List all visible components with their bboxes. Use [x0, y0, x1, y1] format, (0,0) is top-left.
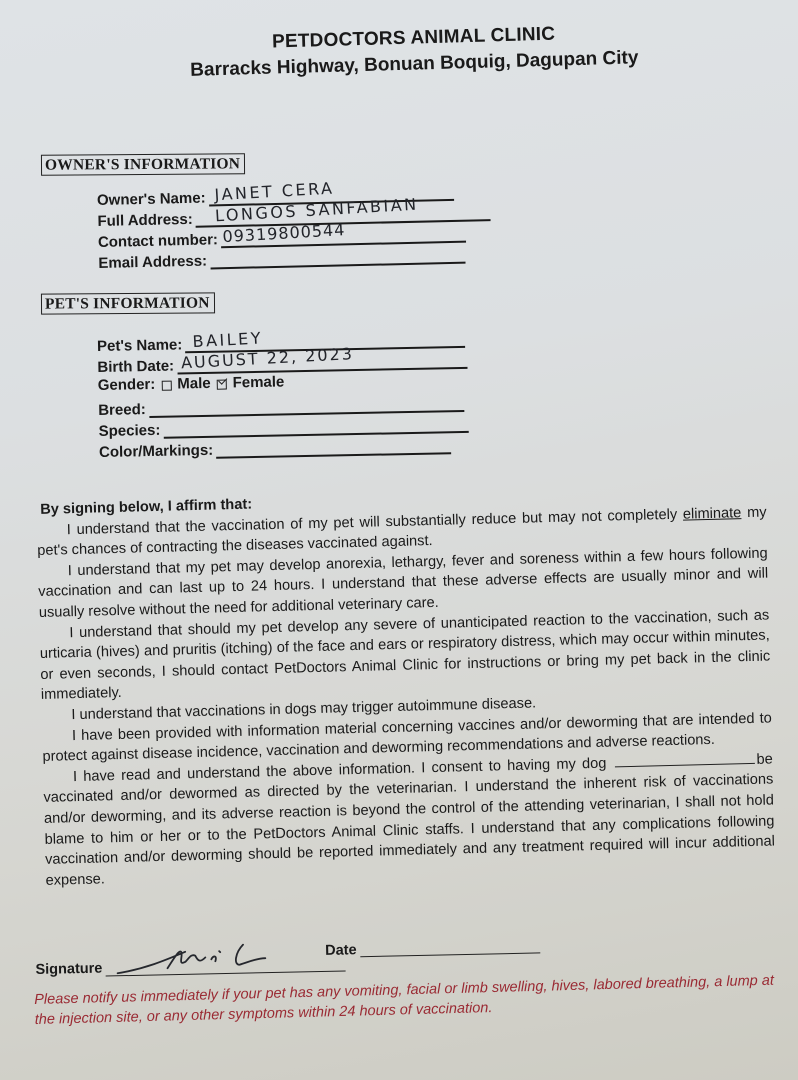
- female-checkbox[interactable]: [217, 379, 227, 389]
- field-label: Contact number:: [98, 231, 218, 251]
- field-label: Birth Date:: [97, 358, 174, 376]
- field-label: Owner's Name:: [97, 190, 206, 209]
- field-label: Breed:: [98, 401, 146, 419]
- male-option-label: Male: [177, 375, 211, 393]
- field-line[interactable]: AUGUST 22, 2023: [177, 349, 467, 375]
- signature-label: Signature: [35, 961, 102, 978]
- date-line[interactable]: [360, 952, 540, 957]
- signature-area: Signature Date: [35, 934, 556, 985]
- female-option-label: Female: [232, 373, 284, 391]
- gender-field: Gender: Male Female: [98, 373, 285, 394]
- field-line[interactable]: [216, 434, 451, 459]
- field-label: Species:: [98, 422, 160, 440]
- form-header: PETDOCTORS ANIMAL CLINIC Barracks Highwa…: [0, 17, 798, 87]
- dog-name-blank[interactable]: [614, 751, 754, 768]
- consent-form-page: PETDOCTORS ANIMAL CLINIC Barracks Highwa…: [0, 0, 798, 1080]
- pet-section-title: PET'S INFORMATION: [41, 292, 215, 314]
- field-label: Color/Markings:: [99, 442, 213, 461]
- field-label: Email Address:: [98, 253, 207, 272]
- affirmation-paragraph-6: I have read and understand the above inf…: [43, 749, 776, 891]
- signature-scribble: [115, 939, 316, 977]
- male-checkbox[interactable]: [161, 380, 171, 390]
- date-label: Date: [325, 942, 357, 959]
- underlined-word: eliminate: [683, 505, 742, 522]
- gender-label: Gender:: [98, 376, 156, 394]
- owner-section-title: OWNER'S INFORMATION: [41, 153, 245, 175]
- field-label: Full Address:: [97, 211, 193, 230]
- handwritten-value: BAILEY: [192, 328, 263, 351]
- field-label: Pet's Name:: [97, 336, 183, 355]
- affirmation-section: By signing below, I affirm that: I under…: [36, 482, 776, 892]
